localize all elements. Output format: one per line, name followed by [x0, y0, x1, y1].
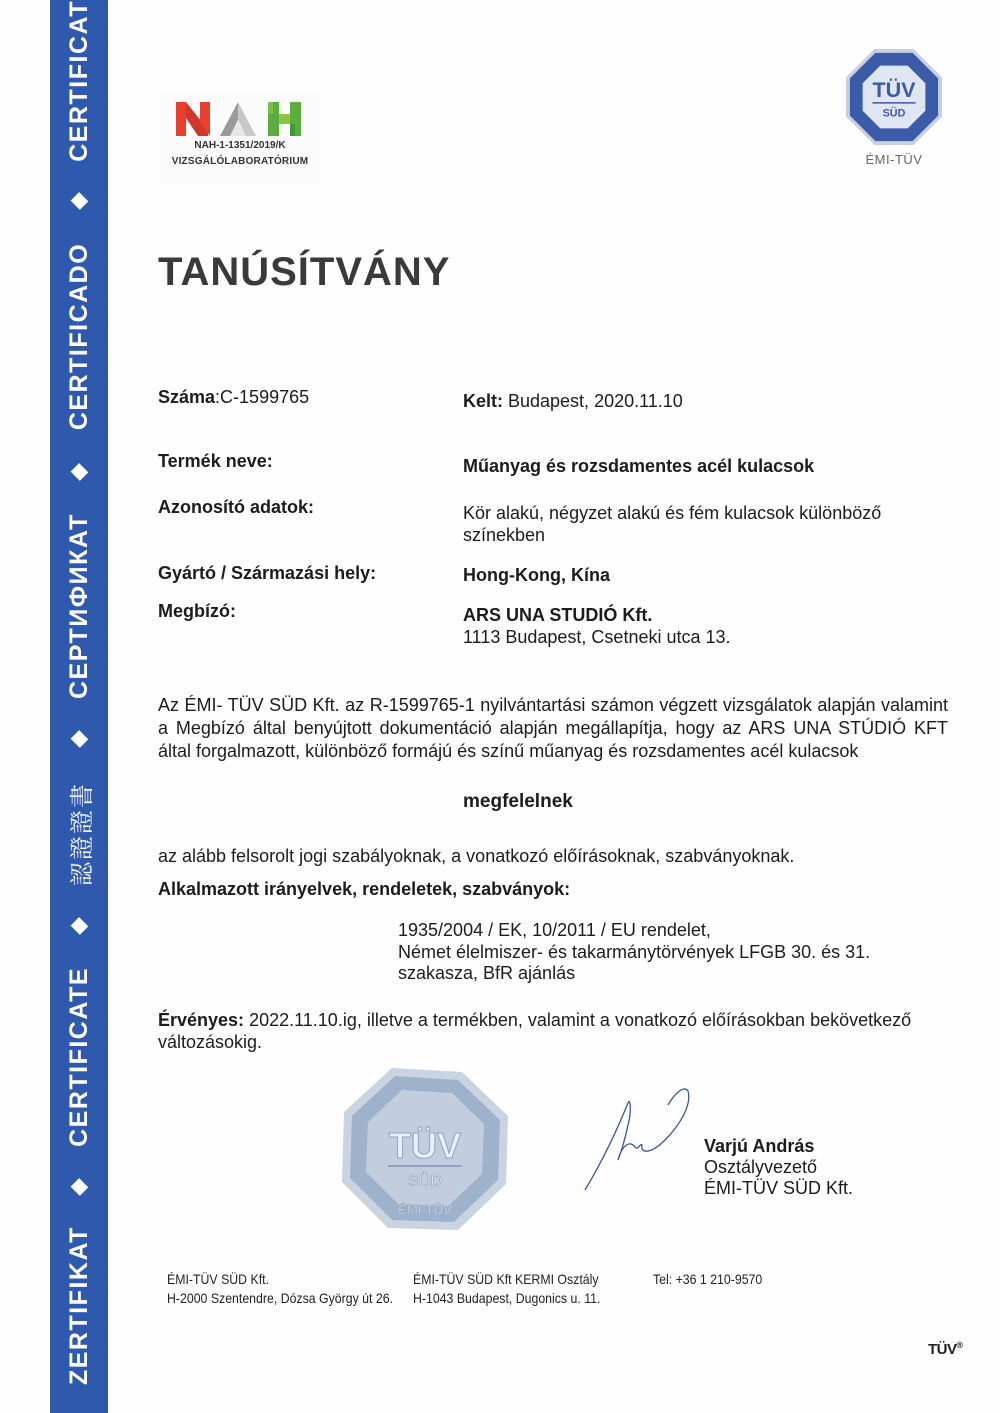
diamond-icon: [70, 192, 88, 210]
verdict-text: megfelelnek: [463, 791, 573, 813]
stripe-label-zertifikat: ZERTIFIKAT: [65, 1226, 94, 1385]
stripe-label-certificate: CERTIFICATE: [65, 967, 94, 1147]
svg-text:TÜV: TÜV: [389, 1125, 461, 1166]
footer-contact: Tel: +36 1 210-9570: [653, 1270, 762, 1289]
identification-value: Kör alakú, négyzet alakú és fém kulacsok…: [463, 502, 881, 546]
diamond-icon: [70, 1178, 88, 1196]
emi-tuv-caption: ÉMI-TÜV: [845, 152, 943, 167]
standard-item: Német élelmiszer- és takarmánytörvények …: [398, 942, 870, 964]
nah-letters-icon: [176, 100, 301, 136]
stripe-label-spanish: CERTIFICADO: [65, 243, 94, 430]
signer-name: Varjú András: [704, 1136, 853, 1157]
validity-paragraph: Érvényes: 2022.11.10.ig, illetve a termé…: [158, 1009, 958, 1053]
standard-item: 1935/2004 / EK, 10/2011 / EU rendelet,: [398, 920, 870, 942]
nah-accreditation-logo: NAH-1-1351/2019/K VIZSGÁLÓLABORATÓRIUM: [160, 92, 320, 184]
signature-icon: [580, 1085, 700, 1195]
certificate-number-value: :C-1599765: [215, 387, 309, 407]
client-name: ARS UNA STUDIÓ Kft.: [463, 604, 731, 626]
footer-department: ÉMI-TÜV SÜD Kft KERMI Osztály H-1043 Bud…: [413, 1270, 600, 1308]
standard-item: szakasza, BfR ajánlás: [398, 963, 870, 985]
tuv-mark-text: TÜV: [928, 1341, 957, 1358]
registered-icon: ®: [957, 1340, 963, 1350]
stripe-label-chinese: 認證證書: [62, 782, 97, 886]
issued-label: Kelt:: [463, 391, 503, 411]
footer-department-name: ÉMI-TÜV SÜD Kft KERMI Osztály: [413, 1270, 600, 1289]
footer-hq-address: H-2000 Szentendre, Dózsa György út 26.: [167, 1289, 393, 1308]
stripe-label-russian: СЕРТИФИКАТ: [65, 513, 94, 699]
certificate-number-label: Száma: [158, 387, 215, 407]
signer-block: Varjú András Osztályvezető ÉMI-TÜV SÜD K…: [704, 1136, 853, 1199]
validity-text: 2022.11.10.ig, illetve a termékben, vala…: [158, 1010, 911, 1052]
stripe-label-french: CERTIFICAT: [65, 0, 94, 162]
identification-value-line2: színekben: [463, 524, 881, 546]
regulations-intro: az alább felsorolt jogi szabályoknak, a …: [158, 845, 948, 868]
diamond-icon: [70, 730, 88, 748]
manufacturer-label: Gyártó / Származási hely:: [158, 563, 376, 584]
manufacturer-value: Hong-Kong, Kína: [463, 565, 610, 586]
nah-lab-label: VIZSGÁLÓLABORATÓRIUM: [160, 156, 320, 167]
tuv-sud-logo-icon: TÜV SÜD: [845, 48, 943, 146]
identification-label: Azonosító adatok:: [158, 497, 314, 518]
document-title: TANÚSÍTVÁNY: [158, 250, 450, 295]
footer-company: ÉMI-TÜV SÜD Kft.: [167, 1270, 393, 1289]
issued-date: Kelt: Budapest, 2020.11.10: [463, 391, 683, 412]
footer-phone: Tel: +36 1 210-9570: [653, 1270, 762, 1289]
certificate-number: Száma:C-1599765: [158, 387, 309, 408]
stripe-text-row: ZERTIFIKAT CERTIFICATE 認證證書 СЕРТИФИКАТ C…: [50, 0, 108, 1413]
tuv-seal-stamp-icon: TÜV SÜD ÉMI-TÜV: [340, 1066, 510, 1232]
svg-text:SÜD: SÜD: [883, 107, 906, 120]
validity-label: Érvényes:: [158, 1010, 244, 1030]
footer-headquarters: ÉMI-TÜV SÜD Kft. H-2000 Szentendre, Dózs…: [167, 1270, 393, 1308]
client-address: 1113 Budapest, Csetneki utca 13.: [463, 626, 731, 648]
signer-position: Osztályvezető: [704, 1157, 853, 1178]
signer-company: ÉMI-TÜV SÜD Kft.: [704, 1178, 853, 1199]
nah-accreditation-code: NAH-1-1351/2019/K: [160, 140, 320, 151]
issued-value: Budapest, 2020.11.10: [503, 391, 683, 411]
svg-text:SÜD: SÜD: [408, 1172, 442, 1190]
svg-text:ÉMI-TÜV: ÉMI-TÜV: [398, 1202, 452, 1217]
applied-standards-heading: Alkalmazott irányelvek, rendeletek, szab…: [158, 878, 948, 901]
statement-paragraph: Az ÉMI- TÜV SÜD Kft. az R-1599765-1 nyil…: [158, 694, 948, 763]
diamond-icon: [70, 917, 88, 935]
product-label: Termék neve:: [158, 451, 273, 472]
svg-text:TÜV: TÜV: [872, 77, 916, 102]
standards-list: 1935/2004 / EK, 10/2011 / EU rendelet, N…: [398, 920, 870, 985]
client-label: Megbízó:: [158, 601, 236, 622]
tuv-trademark: TÜV®: [928, 1340, 963, 1358]
diamond-icon: [70, 463, 88, 481]
footer-department-address: H-1043 Budapest, Dugonics u. 11.: [413, 1289, 600, 1308]
certificate-side-stripe: ZERTIFIKAT CERTIFICATE 認證證書 СЕРТИФИКАТ C…: [50, 0, 108, 1413]
product-value: Műanyag és rozsdamentes acél kulacsok: [463, 456, 814, 477]
client-value: ARS UNA STUDIÓ Kft. 1113 Budapest, Csetn…: [463, 604, 731, 648]
identification-value-line1: Kör alakú, négyzet alakú és fém kulacsok…: [463, 502, 881, 524]
